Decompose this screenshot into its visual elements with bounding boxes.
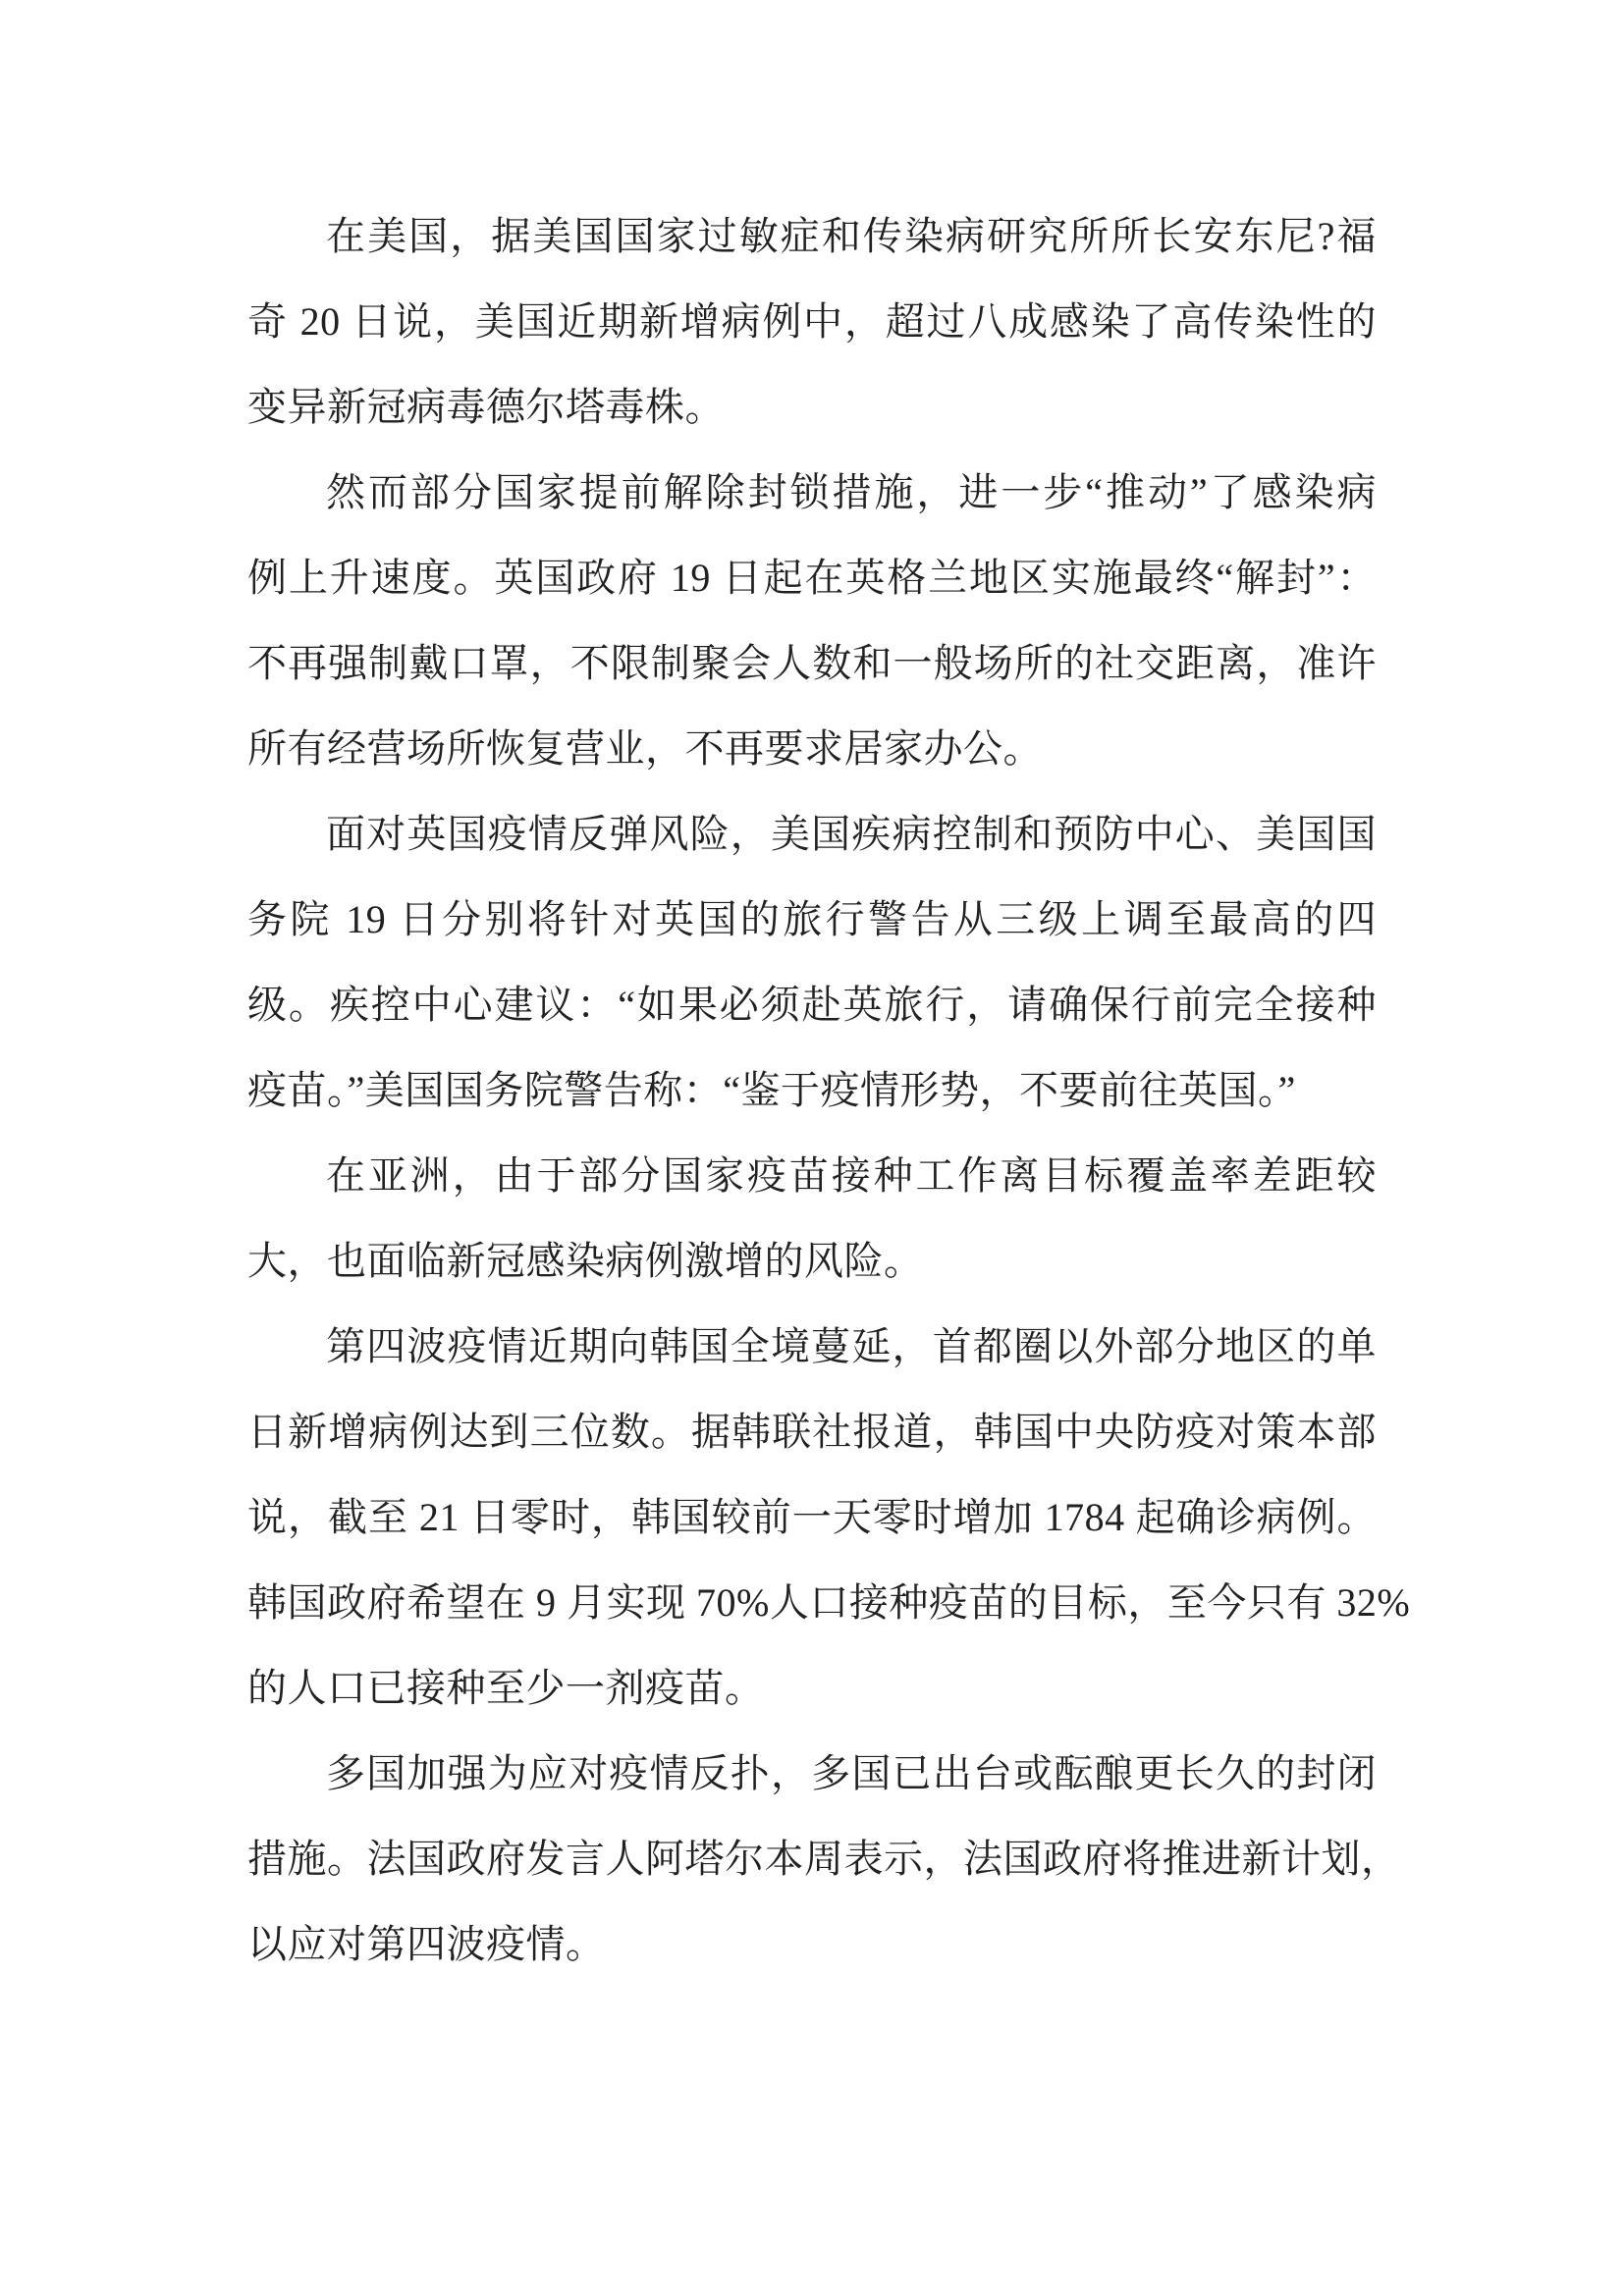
text-line: 日新增病例达到三位数。据韩联社报道，韩国中央防疫对策本部 <box>247 1389 1377 1474</box>
text-line: 然而部分国家提前解除封锁措施，进一步“推动”了感染病 <box>247 450 1377 535</box>
text-line: 在亚洲，由于部分国家疫苗接种工作离目标覆盖率差距较 <box>247 1133 1377 1218</box>
paragraph: 多国加强为应对疫情反扑，多国已出台或酝酿更长久的封闭 措施。法国政府发言人阿塔尔… <box>247 1731 1377 1987</box>
text-line: 务院 19 日分别将针对英国的旅行警告从三级上调至最高的四 <box>247 877 1377 962</box>
text-line: 说，截至 21 日零时，韩国较前一天零时增加 1784 起确诊病例。 <box>247 1474 1377 1560</box>
paragraph: 面对英国疫情反弹风险，美国疾病控制和预防中心、美国国 务院 19 日分别将针对英… <box>247 791 1377 1133</box>
text-line: 例上升速度。英国政府 19 日起在英格兰地区实施最终“解封”： <box>247 535 1377 620</box>
paragraph: 在美国，据美国国家过敏症和传染病研究所所长安东尼?福 奇 20 日说，美国近期新… <box>247 193 1377 450</box>
paragraph: 在亚洲，由于部分国家疫苗接种工作离目标覆盖率差距较 大，也面临新冠感染病例激增的… <box>247 1133 1377 1304</box>
text-line: 的人口已接种至少一剂疫苗。 <box>247 1645 1377 1731</box>
paragraph: 第四波疫情近期向韩国全境蔓延，首都圈以外部分地区的单 日新增病例达到三位数。据韩… <box>247 1304 1377 1731</box>
paragraph: 然而部分国家提前解除封锁措施，进一步“推动”了感染病 例上升速度。英国政府 19… <box>247 450 1377 791</box>
text-line: 奇 20 日说，美国近期新增病例中，超过八成感染了高传染性的 <box>247 279 1377 364</box>
text-line: 级。疾控中心建议：“如果必须赴英旅行，请确保行前完全接种 <box>247 962 1377 1047</box>
text-block: 在美国，据美国国家过敏症和传染病研究所所长安东尼?福 奇 20 日说，美国近期新… <box>247 193 1377 1987</box>
text-line: 变异新冠病毒德尔塔毒株。 <box>247 364 1377 450</box>
text-line: 以应对第四波疫情。 <box>247 1901 1377 1987</box>
text-line: 多国加强为应对疫情反扑，多国已出台或酝酿更长久的封闭 <box>247 1731 1377 1816</box>
text-line: 面对英国疫情反弹风险，美国疾病控制和预防中心、美国国 <box>247 791 1377 877</box>
text-line: 在美国，据美国国家过敏症和传染病研究所所长安东尼?福 <box>247 193 1377 279</box>
text-line: 措施。法国政府发言人阿塔尔本周表示，法国政府将推进新计划， <box>247 1816 1377 1901</box>
text-line: 大，也面临新冠感染病例激增的风险。 <box>247 1218 1377 1304</box>
text-line: 疫苗。”美国国务院警告称：“鉴于疫情形势，不要前往英国。” <box>247 1047 1377 1133</box>
text-line: 所有经营场所恢复营业，不再要求居家办公。 <box>247 706 1377 791</box>
text-line: 韩国政府希望在 9 月实现 70%人口接种疫苗的目标，至今只有 32% <box>247 1560 1377 1645</box>
text-line: 不再强制戴口罩，不限制聚会人数和一般场所的社交距离，准许 <box>247 620 1377 706</box>
document-page: 在美国，据美国国家过敏症和传染病研究所所长安东尼?福 奇 20 日说，美国近期新… <box>0 0 1624 2296</box>
text-line: 第四波疫情近期向韩国全境蔓延，首都圈以外部分地区的单 <box>247 1304 1377 1389</box>
